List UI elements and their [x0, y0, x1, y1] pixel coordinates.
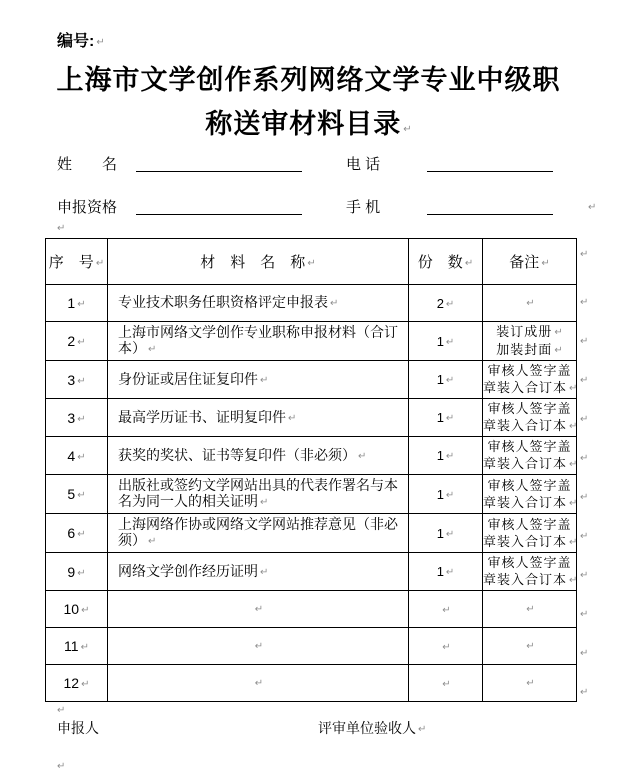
remark-line: 章装入合订本 [483, 533, 576, 551]
copies-cell: 1 [409, 361, 483, 399]
pilcrow-mark [258, 371, 268, 387]
remark-line: 审核人签字盖 [483, 438, 576, 455]
pilcrow-mark [253, 600, 263, 616]
remark-line [483, 674, 576, 692]
row-end-mark-slot [580, 637, 600, 676]
pilcrow-mark [444, 410, 454, 425]
pilcrow-mark [75, 564, 85, 580]
qualification-field-underline[interactable] [136, 195, 302, 215]
document-page: { "doc": { "number_label": "编号:", "title… [0, 0, 617, 773]
index-cell: 3 [46, 399, 108, 437]
doc-number-text: 编号: [57, 33, 94, 50]
row-end-mark-slot [580, 676, 600, 715]
name-cell: 获奖的奖状、证书等复印件（非必须） [108, 437, 409, 475]
pilcrow-mark [524, 638, 534, 653]
index-cell: 2 [46, 322, 108, 361]
name-cell: 上海市网络文学创作专业职称申报材料（合订 本） [108, 322, 409, 361]
remark-line: 章装入合订本 [483, 417, 576, 435]
index-cell: 5 [46, 475, 108, 514]
table-row: 4获奖的奖状、证书等复印件（非必须）1审核人签字盖章装入合订本 [46, 437, 577, 475]
row-end-mark-slot [580, 598, 600, 637]
pilcrow-mark [580, 605, 588, 622]
name-cell: 专业技术职务任职资格评定申报表 [108, 285, 409, 322]
copies-cell [409, 591, 483, 628]
table-row: 3身份证或居住证复印件1审核人签字盖章装入合订本 [46, 361, 577, 399]
pilcrow-mark [75, 295, 85, 311]
remark-line: 审核人签字盖 [483, 477, 576, 494]
pilcrow-mark [444, 372, 454, 387]
materials-table: 序 号 材 料 名 称 份 数 备注 1专业技术职务任职资格评定申报表22上海市… [45, 238, 577, 702]
row-end-mark-slot [580, 442, 600, 481]
index-cell: 9 [46, 553, 108, 591]
copies-cell: 1 [409, 553, 483, 591]
mobile-field-label: 手 机 [346, 196, 380, 217]
index-cell: 3 [46, 361, 108, 399]
remark-line: 审核人签字盖 [483, 362, 576, 379]
pilcrow-mark [286, 409, 296, 425]
table-row: 6上海网络作协或网络文学网站推荐意见（非必 须）1审核人签字盖章装入合订本 [46, 514, 577, 553]
name-cell [108, 628, 409, 665]
name-cell: 网络文学创作经历证明 [108, 553, 409, 591]
pilcrow-mark [567, 495, 576, 510]
pilcrow-mark [580, 410, 588, 427]
materials-table-body: 1专业技术职务任职资格评定申报表22上海市网络文学创作专业职称申报材料（合订 本… [46, 285, 577, 702]
pilcrow-mark [567, 418, 576, 433]
row-end-marks [580, 238, 600, 715]
remark-cell [483, 665, 577, 702]
table-row: 1专业技术职务任职资格评定申报表2 [46, 285, 577, 322]
pilcrow-mark [258, 493, 268, 509]
pilcrow-mark [580, 449, 588, 466]
remark-line: 加装封面 [483, 341, 576, 359]
pilcrow-mark [253, 674, 263, 690]
table-row: 10 [46, 591, 577, 628]
qualification-field-label: 申报资格 [57, 196, 117, 217]
pilcrow-mark [253, 637, 263, 653]
pilcrow-mark [580, 293, 588, 310]
copies-cell: 1 [409, 322, 483, 361]
table-row: 2上海市网络文学创作专业职称申报材料（合订 本）1装订成册加装封面 [46, 322, 577, 361]
row-end-mark-slot [580, 520, 600, 559]
phone-field-label: 电 话 [346, 153, 380, 174]
row-end-mark-slot [580, 559, 600, 598]
remark-line: 审核人签字盖 [483, 516, 576, 533]
copies-cell [409, 665, 483, 702]
pilcrow-mark [539, 254, 549, 271]
remark-cell: 装订成册加装封面 [483, 322, 577, 361]
remark-cell: 审核人签字盖章装入合订本 [483, 437, 577, 475]
pilcrow-mark [305, 254, 315, 271]
pilcrow-mark [580, 683, 588, 700]
pilcrow-mark [416, 720, 426, 736]
remark-line [483, 600, 576, 618]
pilcrow-mark [440, 639, 450, 654]
remark-cell: 审核人签字盖章装入合订本 [483, 475, 577, 514]
page-title-line2: 称送审材料目录 [0, 102, 617, 141]
pilcrow-mark [567, 572, 576, 587]
page-title-text2: 称送审材料目录 [205, 109, 401, 139]
pilcrow-mark [580, 371, 588, 388]
table-row: 5出版社或签约文学网站出具的代表作署名与本 名为同一人的相关证明1审核人签字盖章… [46, 475, 577, 514]
name-cell: 最高学历证书、证明复印件 [108, 399, 409, 437]
pilcrow-mark [55, 757, 65, 773]
name-field-underline[interactable] [136, 152, 302, 172]
pilcrow-mark [444, 448, 454, 463]
table-row: 9网络文学创作经历证明1审核人签字盖章装入合订本 [46, 553, 577, 591]
table-header-row: 序 号 材 料 名 称 份 数 备注 [46, 239, 577, 285]
remark-cell: 审核人签字盖章装入合订本 [483, 514, 577, 553]
remark-line: 章装入合订本 [483, 379, 576, 397]
pilcrow-mark [524, 295, 534, 310]
pilcrow-mark [444, 334, 454, 349]
header-index: 序 号 [46, 239, 108, 285]
doc-number-label: 编号: [57, 28, 105, 51]
remark-line: 审核人签字盖 [483, 554, 576, 571]
pilcrow-mark [328, 294, 338, 310]
name-cell [108, 591, 409, 628]
remark-line: 章装入合订本 [483, 455, 576, 473]
pilcrow-mark [567, 534, 576, 549]
remark-line: 章装入合订本 [483, 571, 576, 589]
pilcrow-mark [75, 486, 85, 502]
index-cell: 4 [46, 437, 108, 475]
pilcrow-mark [440, 602, 450, 617]
name-cell: 身份证或居住证复印件 [108, 361, 409, 399]
pilcrow-mark [444, 296, 454, 311]
row-end-mark-slot [580, 364, 600, 403]
acceptor-label: 评审单位验收人 [318, 718, 426, 738]
pilcrow-mark [580, 527, 588, 544]
page-title-text1: 上海市文学创作系列网络文学专业中级职 [57, 65, 561, 95]
row-end-mark-slot [580, 325, 600, 364]
index-cell: 6 [46, 514, 108, 553]
pilcrow-mark [580, 644, 588, 661]
name-field-label: 姓 名 [57, 153, 117, 174]
pilcrow-mark [55, 219, 65, 237]
row-end-mark-slot [580, 403, 600, 442]
pilcrow-mark [463, 254, 473, 271]
pilcrow-mark [552, 342, 562, 357]
pilcrow-mark [146, 532, 156, 548]
applicant-label: 申报人 [57, 718, 99, 738]
pilcrow-mark [401, 109, 411, 139]
table-row: 11 [46, 628, 577, 665]
pilcrow-mark [79, 675, 89, 691]
index-cell: 10 [46, 591, 108, 628]
index-cell: 12 [46, 665, 108, 702]
copies-cell: 2 [409, 285, 483, 322]
pilcrow-mark [567, 380, 576, 395]
header-remark: 备注 [483, 239, 577, 285]
pilcrow-mark [524, 601, 534, 616]
remark-line: 章装入合订本 [483, 494, 576, 512]
pilcrow-mark [55, 701, 65, 719]
pilcrow-mark [440, 676, 450, 691]
pilcrow-mark [94, 33, 104, 50]
remark-cell: 审核人签字盖章装入合订本 [483, 553, 577, 591]
header-copies: 份 数 [409, 239, 483, 285]
row-end-mark-slot [580, 238, 600, 286]
remark-line [483, 637, 576, 655]
row-end-mark-slot [580, 286, 600, 325]
header-name: 材 料 名 称 [108, 239, 409, 285]
mobile-field-underline[interactable] [427, 195, 553, 215]
pilcrow-mark [444, 564, 454, 579]
pilcrow-mark [94, 254, 104, 271]
row-end-mark-slot [580, 481, 600, 520]
remark-cell [483, 628, 577, 665]
name-cell: 上海网络作协或网络文学网站推荐意见（非必 须） [108, 514, 409, 553]
remark-cell: 审核人签字盖章装入合订本 [483, 399, 577, 437]
remark-cell [483, 591, 577, 628]
pilcrow-mark [580, 566, 588, 583]
pilcrow-mark [580, 332, 588, 349]
phone-field-underline[interactable] [427, 152, 553, 172]
pilcrow-mark [580, 488, 588, 505]
table-row: 3最高学历证书、证明复印件1审核人签字盖章装入合订本 [46, 399, 577, 437]
pilcrow-mark [75, 525, 85, 541]
copies-cell: 1 [409, 475, 483, 514]
pilcrow-mark [567, 456, 576, 471]
copies-cell [409, 628, 483, 665]
pilcrow-mark [444, 526, 454, 541]
index-cell: 11 [46, 628, 108, 665]
pilcrow-mark [524, 675, 534, 690]
remark-line [483, 294, 576, 312]
page-title-line1: 上海市文学创作系列网络文学专业中级职 [0, 58, 617, 97]
pilcrow-mark [146, 340, 156, 356]
pilcrow-mark [75, 410, 85, 426]
remark-cell: 审核人签字盖章装入合订本 [483, 361, 577, 399]
table-row: 12 [46, 665, 577, 702]
copies-cell: 1 [409, 514, 483, 553]
name-cell [108, 665, 409, 702]
remark-line: 装订成册 [483, 323, 576, 341]
pilcrow-mark [444, 487, 454, 502]
index-cell: 1 [46, 285, 108, 322]
pilcrow-mark [258, 563, 268, 579]
copies-cell: 1 [409, 399, 483, 437]
pilcrow-mark [75, 372, 85, 388]
pilcrow-mark [79, 638, 89, 654]
copies-cell: 1 [409, 437, 483, 475]
pilcrow-mark [580, 245, 588, 262]
pilcrow-mark [75, 448, 85, 464]
name-cell: 出版社或签约文学网站出具的代表作署名与本 名为同一人的相关证明 [108, 475, 409, 514]
pilcrow-mark [79, 601, 89, 617]
remark-line: 审核人签字盖 [483, 400, 576, 417]
pilcrow-mark [552, 324, 562, 339]
remark-cell [483, 285, 577, 322]
pilcrow-mark [75, 333, 85, 349]
pilcrow-mark [586, 198, 596, 216]
pilcrow-mark [356, 447, 366, 463]
